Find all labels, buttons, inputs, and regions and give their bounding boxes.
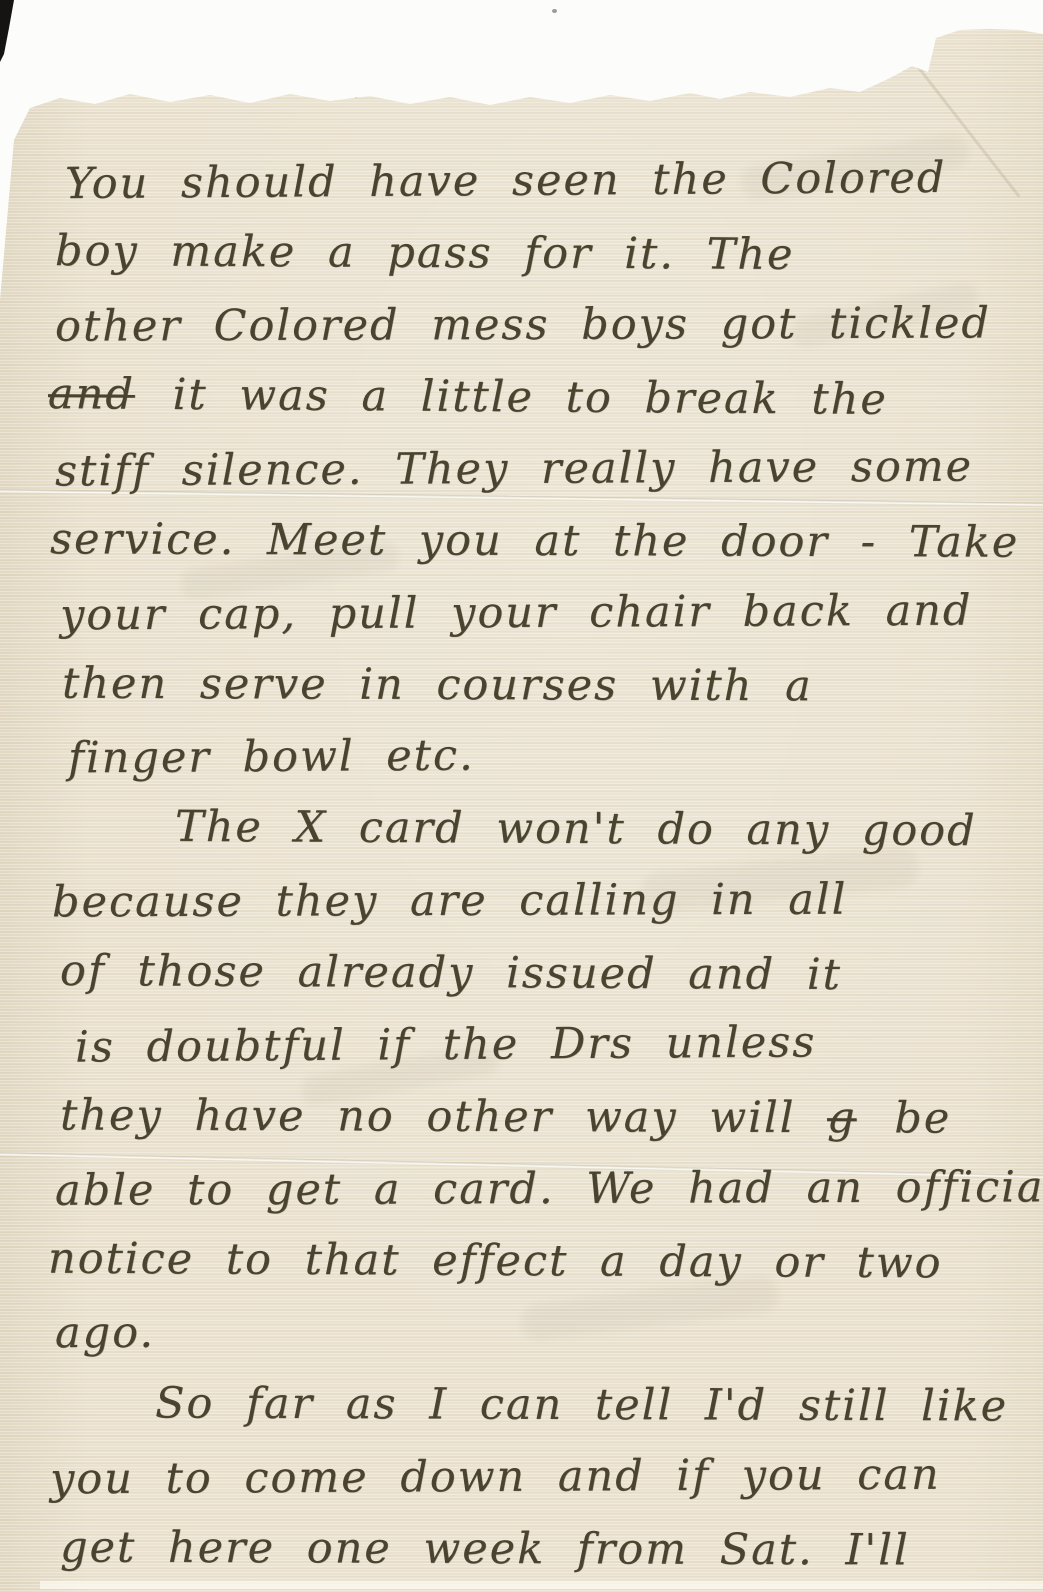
letter-line-segment: other Colored mess boys got tickled xyxy=(55,298,991,351)
scan-edge-artifact-top-left xyxy=(0,0,16,62)
letter-line: stiff silence. They really have some xyxy=(55,442,973,497)
letter-line: able to get a card. We had an official xyxy=(55,1162,1043,1216)
letter-paper: www.genealogylady.net You should have se… xyxy=(0,0,1043,1592)
paper-bottom-edge-highlight xyxy=(40,1581,1043,1589)
letter-line-strikeout: and xyxy=(48,369,135,420)
scan-speck xyxy=(552,9,557,13)
letter-line: finger bowl etc. xyxy=(68,731,475,784)
letter-line: because they are calling in all xyxy=(52,875,848,928)
letter-line: other Colored mess boys got tickled xyxy=(55,298,991,351)
letter-line-segment: ago. xyxy=(55,1308,155,1358)
letter-line-segment: it was a little to break the xyxy=(172,370,888,425)
letter-line-segment: notice to that effect a day or two xyxy=(48,1234,943,1289)
scanned-letter-page: www.genealogylady.net You should have se… xyxy=(0,0,1043,1592)
letter-line-segment: service. Meet you at the door - Take xyxy=(50,514,1019,567)
letter-line-segment: The X card won't do any good xyxy=(175,802,977,856)
letter-line-segment: be xyxy=(894,1093,951,1143)
letter-line-segment: of those already issued and it xyxy=(60,946,842,1000)
letter-line: you to come down and if you can xyxy=(50,1450,941,1505)
ink-speck-blue xyxy=(685,54,693,66)
letter-line-segment: then serve in courses with a xyxy=(62,659,813,712)
letter-line-segment: because they are calling in all xyxy=(52,875,848,928)
letter-line: is doubtful if the Drs unless xyxy=(75,1017,817,1072)
letter-line: service. Meet you at the door - Take xyxy=(50,514,1019,567)
letter-line: and it was a little to break the xyxy=(48,369,888,425)
letter-line: ago. xyxy=(55,1308,155,1358)
letter-line-segment: is doubtful if the Drs unless xyxy=(75,1017,817,1072)
letter-line-segment: stiff silence. They really have some xyxy=(55,442,973,497)
letter-line: then serve in courses with a xyxy=(62,659,813,712)
letter-line: So far as I can tell I'd still like xyxy=(155,1379,1008,1432)
letter-line-segment: So far as I can tell I'd still like xyxy=(155,1379,1008,1432)
letter-line-segment: your cap, pull your chair back and xyxy=(60,586,973,641)
watermark-text: www.genealogylady.net xyxy=(46,57,539,102)
letter-line-segment: boy make a pass for it. The xyxy=(55,226,795,280)
letter-line: The X card won't do any good xyxy=(175,802,977,856)
letter-line-segment: they have no other way will xyxy=(60,1090,796,1143)
letter-line: they have no other way will g be xyxy=(60,1090,951,1143)
letter-line: notice to that effect a day or two xyxy=(48,1234,943,1289)
letter-line-segment: finger bowl etc. xyxy=(68,731,475,784)
letter-line-strikeout: g xyxy=(827,1093,857,1143)
letter-line-segment: You should have seen the Colored xyxy=(65,153,947,209)
letter-line: get here one week from Sat. I'll xyxy=(60,1523,910,1576)
letter-line-segment: you to come down and if you can xyxy=(50,1450,941,1505)
letter-line: boy make a pass for it. The xyxy=(55,226,795,280)
letter-line: You should have seen the Colored xyxy=(65,153,947,209)
letter-line: your cap, pull your chair back and xyxy=(60,586,973,641)
letter-line: of those already issued and it xyxy=(60,946,842,1000)
letter-line-segment: get here one week from Sat. I'll xyxy=(60,1523,910,1576)
letter-line-segment: able to get a card. We had an official xyxy=(55,1162,1043,1216)
